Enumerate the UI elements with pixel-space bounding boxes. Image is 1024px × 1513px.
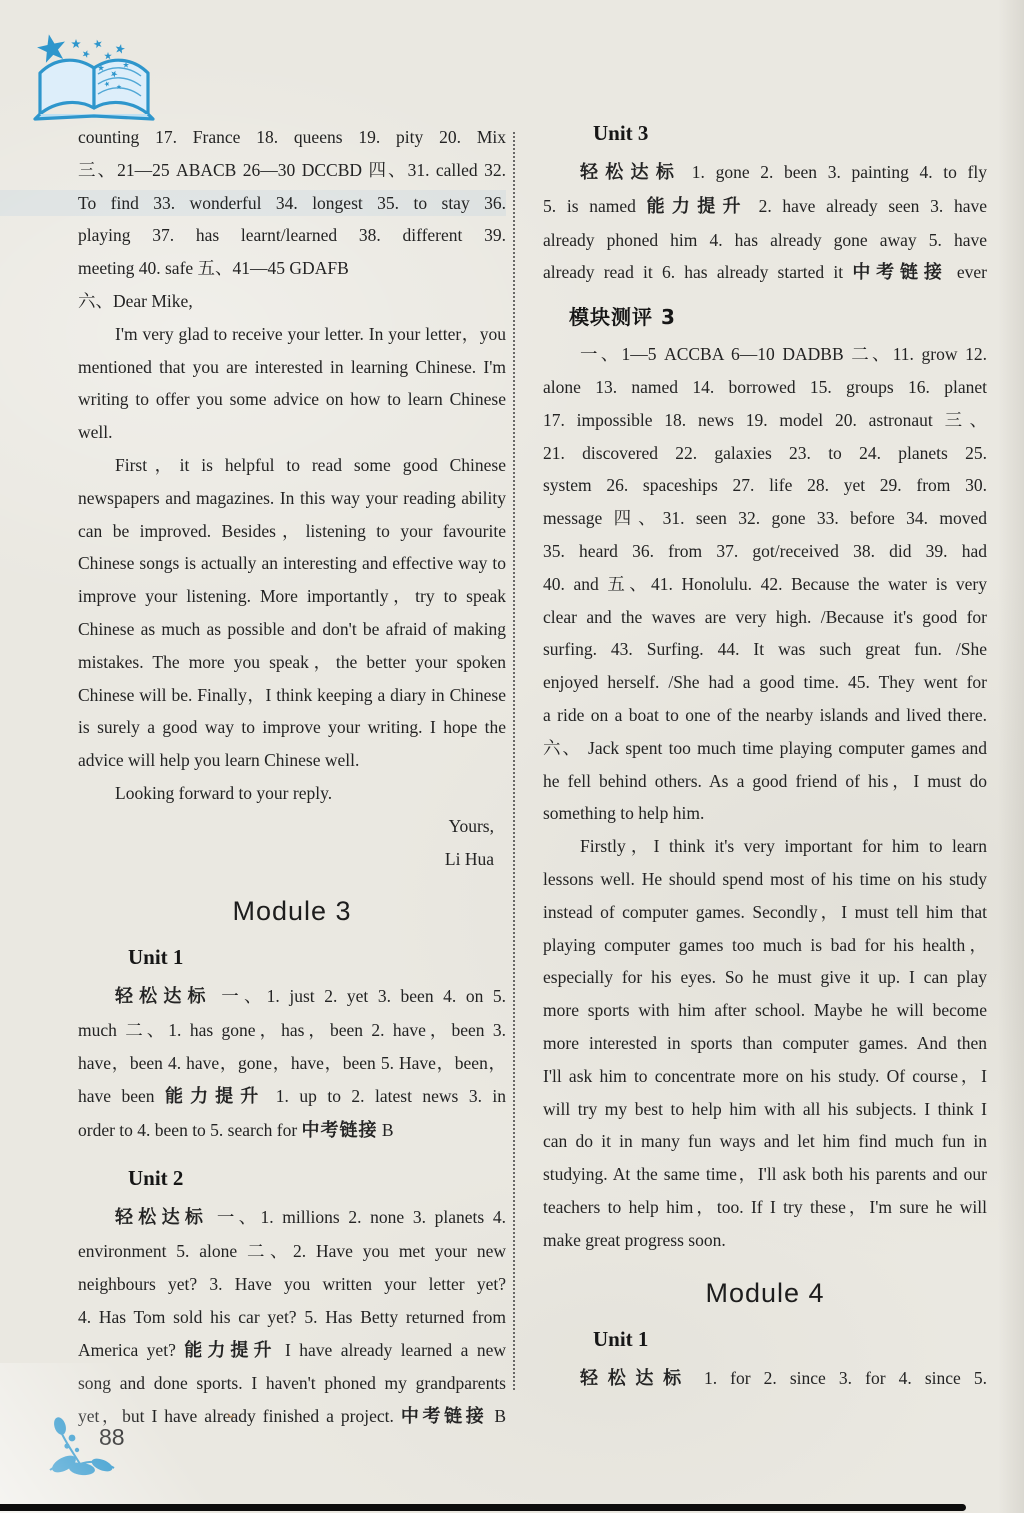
- text-line: 轻松达标 1. gone 2. been 3. painting 4. to f…: [543, 156, 987, 190]
- text-line: 六、Dear Mike,: [78, 285, 506, 318]
- text-line: Chinese will be. Finally，I think keeping…: [78, 679, 506, 712]
- text-line: more sports with him after school. Maybe…: [543, 994, 987, 1027]
- text-line: message 四、31. seen 32. gone 33. before 3…: [543, 502, 987, 535]
- text-line: alone 13. named 14. borrowed 15. groups …: [543, 371, 987, 404]
- text-line: playing 37. has learnt/learned 38. diffe…: [78, 219, 506, 252]
- text-line: newspapers and magazines. In this way yo…: [78, 482, 506, 515]
- text-line: Looking forward to your reply.: [78, 777, 506, 810]
- text-line: writing to offer you some advice on how …: [78, 383, 506, 416]
- text-line: well.: [78, 416, 506, 449]
- text-line: Firstly，I think it's very important for …: [543, 830, 987, 863]
- text-line: mistakes. The more you speak，the better …: [78, 646, 506, 679]
- text-line: is surely a good way to improve your wri…: [78, 711, 506, 744]
- text-line: improve your listening. More importantly…: [78, 580, 506, 613]
- text-line: order to 4. been to 5. search for 中考链接 B: [78, 1114, 506, 1148]
- text-line: already phoned him 4. has already gone a…: [543, 224, 987, 257]
- text-line: 轻松达标 一、1. just 2. yet 3. been 4. on 5.: [78, 980, 506, 1014]
- text-line: 21. discovered 22. galaxies 23. to 24. p…: [543, 437, 987, 470]
- text-line: surfing. 43. Surfing. 44. It was such gr…: [543, 633, 987, 666]
- text-line: Chinese songs is actually an interesting…: [78, 547, 506, 580]
- unit-heading: Unit 3: [593, 121, 987, 145]
- text-line: he fell behind others. As a good friend …: [543, 765, 987, 798]
- module-test-heading: 模块测评 3: [569, 305, 987, 329]
- text-line: First，it is helpful to read some good Ch…: [78, 449, 506, 482]
- text-line: counting 17. France 18. queens 19. pity …: [78, 121, 506, 154]
- text-line: clear and the waves are very high. /Beca…: [543, 601, 987, 634]
- text-line: playing computer games too much is bad f…: [543, 929, 987, 962]
- text-line: already read it 6. has already started i…: [543, 256, 987, 290]
- text-line: Chinese as much as possible and don't be…: [78, 613, 506, 646]
- text-line: will try my best to help him with all hi…: [543, 1093, 987, 1126]
- text-line: much 二、1. has gone，has，been 2. have，been…: [78, 1014, 506, 1047]
- text-line: 35. heard 36. from 37. got/received 38. …: [543, 535, 987, 568]
- text-line: instead of computer games. Secondly，I mu…: [543, 896, 987, 929]
- scanned-page-background: counting 17. France 18. queens 19. pity …: [0, 0, 1024, 1513]
- text-line: have been 能力提升 1. up to 2. latest news 3…: [78, 1080, 506, 1114]
- module-heading: Module 4: [543, 1278, 987, 1308]
- text-line: 三、21—25 ABACB 26—30 DCCBD 四、31. called 3…: [78, 154, 506, 187]
- text-line: I'm very glad to receive your letter. In…: [78, 318, 506, 351]
- text-line: something to help him.: [543, 797, 987, 830]
- text-line: Li Hua: [78, 843, 506, 876]
- text-line: teachers to help him，too. If I try these…: [543, 1191, 987, 1224]
- text-line: environment 5. alone 二、2. Have you met y…: [78, 1235, 506, 1268]
- text-line: advice will help you learn Chinese well.: [78, 744, 506, 777]
- text-line: 4. Has Tom sold his car yet? 5. Has Bett…: [78, 1301, 506, 1334]
- text-line: neighbours yet? 3. Have you written your…: [78, 1268, 506, 1301]
- text-line: 40. and 五、41. Honolulu. 42. Because the …: [543, 568, 987, 601]
- text-line: system 26. spaceships 27. life 28. yet 2…: [543, 469, 987, 502]
- column-divider-dotted-line: [513, 132, 515, 1390]
- text-line: studying. At the same time，I'll ask both…: [543, 1158, 987, 1191]
- text-line: mentioned that you are interested in lea…: [78, 351, 506, 384]
- text-line: meeting 40. safe 五、41—45 GDAFB: [78, 252, 506, 285]
- unit-heading: Unit 1: [128, 945, 506, 969]
- text-line: can do it in many fun ways and let him f…: [543, 1125, 987, 1158]
- text-line: 一、1—5 ACCBA 6—10 DADBB 二、11. grow 12.: [543, 338, 987, 371]
- text-line: 17. impossible 18. news 19. model 20. as…: [543, 404, 987, 437]
- text-line: can be improved. Besides，listening to yo…: [78, 515, 506, 548]
- unit-heading: Unit 2: [128, 1166, 506, 1190]
- text-line: a ride on a boat to one of the nearby is…: [543, 699, 987, 732]
- text-line: To find 33. wonderful 34. longest 35. to…: [78, 187, 506, 220]
- right-text-column: Unit 3轻松达标 1. gone 2. been 3. painting 4…: [543, 121, 987, 1395]
- page-fold-highlight: [0, 1363, 300, 1513]
- left-text-column: counting 17. France 18. queens 19. pity …: [78, 121, 506, 1434]
- text-line: especially for his eyes. So he must give…: [543, 961, 987, 994]
- text-line: 5. is named 能力提升 2. have already seen 3.…: [543, 190, 987, 224]
- text-line: Yours,: [78, 810, 506, 843]
- module-heading: Module 3: [78, 896, 506, 926]
- text-line: have，been 4. have，gone，have，been 5. Have…: [78, 1047, 506, 1080]
- text-line: 六、 Jack spent too much time playing comp…: [543, 732, 987, 765]
- scanner-edge-bar: [0, 1504, 966, 1511]
- text-line: more interested in sports than computer …: [543, 1027, 987, 1060]
- text-line: 轻松达标 1. for 2. since 3. for 4. since 5.: [543, 1362, 987, 1396]
- text-line: 轻松达标 一、1. millions 2. none 3. planets 4.: [78, 1201, 506, 1235]
- scan-edge-shadow: [998, 0, 1024, 1513]
- text-line: make great progress soon.: [543, 1224, 987, 1257]
- text-line: I'll ask him to concentrate more on his …: [543, 1060, 987, 1093]
- text-line: lessons well. He should spend most of hi…: [543, 863, 987, 896]
- unit-heading: Unit 1: [593, 1327, 987, 1351]
- text-line: enjoyed herself. /She had a good time. 4…: [543, 666, 987, 699]
- open-book-with-stars-icon: [28, 32, 164, 130]
